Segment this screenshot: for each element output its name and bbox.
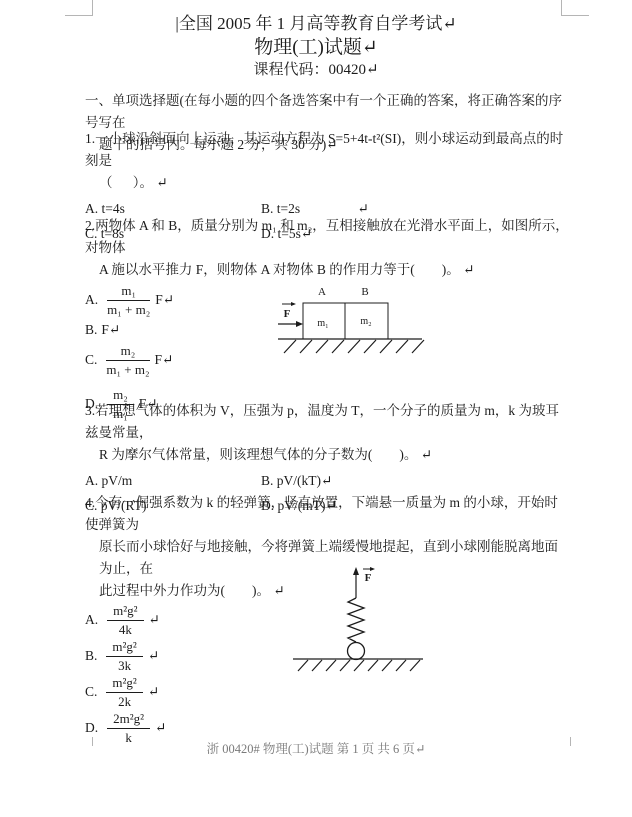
question-line: （ ）。 ↵ xyxy=(85,172,571,194)
option-label: D. xyxy=(85,717,98,739)
question-line: 3.若理想气体的体积为 V，压强为 p，温度为 T，一个分子的质量为 m，k 为… xyxy=(85,400,571,444)
page-footer: 浙 00420# 物理(工)试题 第 1 页 共 6 页↵ xyxy=(0,739,632,757)
vector-bar-arrowhead-icon xyxy=(370,567,375,571)
fraction: m²g² 4k xyxy=(107,603,143,638)
course-code: 课程代码：00420↵ xyxy=(0,60,632,81)
option-label: B. xyxy=(85,645,97,667)
option-b: B. pV/(kT)↵ xyxy=(261,468,571,493)
block-b-label: B xyxy=(361,286,368,298)
option-label: A. xyxy=(85,609,98,631)
option-label: A. xyxy=(85,289,98,311)
question-line: R 为摩尔气体常量，则该理想气体的分子数为( )。 ↵ xyxy=(85,444,571,466)
mass-1-label: m₁ xyxy=(317,318,328,329)
blocks-diagram: A B m₁ m₂ F xyxy=(276,282,426,372)
question-line: 1.一小球沿斜面向上运动，其运动方程为 S=5+4t-t²(SI)，则小球运动到… xyxy=(85,128,571,172)
question-line: A 施以水平推力 F，则物体 A 对物体 B 的作用力等于( )。 ↵ xyxy=(85,259,571,281)
document-header: |全国 2005 年 1 月高等教育自学考试↵ 物理(工)试题↵ 课程代码：00… xyxy=(0,12,632,81)
option-text: F↵ xyxy=(101,319,120,341)
option-label: B. xyxy=(85,319,97,341)
option-suffix: F↵ xyxy=(155,349,174,371)
mass-2-label: m₂ xyxy=(360,316,371,327)
option-suffix: ↵ xyxy=(148,681,159,703)
option-suffix: ↵ xyxy=(148,645,159,667)
option-a: A. pV/m xyxy=(85,468,261,493)
fraction-denominator: m₁ + m₂ xyxy=(106,361,149,378)
option-label: C. xyxy=(85,349,97,371)
fraction-numerator: m²g² xyxy=(106,639,142,657)
option-label: C. xyxy=(85,681,97,703)
vector-bar-arrowhead-icon xyxy=(291,302,296,306)
fraction: m₁ m₁ + m₂ xyxy=(107,283,150,318)
exam-paper-page: |全国 2005 年 1 月高等教育自学考试↵ 物理(工)试题↵ 课程代码：00… xyxy=(0,0,632,817)
block-a-label: A xyxy=(318,286,326,298)
fraction: m²g² 2k xyxy=(106,675,142,710)
ball xyxy=(348,643,365,660)
spring-coil xyxy=(348,598,364,642)
fraction-denominator: 4k xyxy=(107,621,143,638)
question-line: 4.今有一倔强系数为 k 的轻弹簧，竖直放置，下端悬一质量为 m 的小球，开始时… xyxy=(85,492,571,536)
exam-title: |全国 2005 年 1 月高等教育自学考试↵ xyxy=(0,12,632,35)
fraction-denominator: 2k xyxy=(106,693,142,710)
question-2-figure: A B m₁ m₂ F xyxy=(276,282,426,377)
fraction: m²g² 3k xyxy=(106,639,142,674)
spring-ball-diagram: F xyxy=(288,564,428,682)
option-suffix: ↵ xyxy=(149,609,160,631)
option-suffix: F↵ xyxy=(155,289,174,311)
fraction: m₂ m₁ + m₂ xyxy=(106,343,149,378)
question-4-figure: F xyxy=(288,564,428,687)
fraction-numerator: 2m²g² xyxy=(107,711,150,729)
fraction-numerator: m²g² xyxy=(107,603,143,621)
fraction-numerator: m₂ xyxy=(106,343,149,361)
ground-hatching xyxy=(298,660,420,671)
force-arrowhead-icon xyxy=(296,321,303,327)
subject-title: 物理(工)试题↵ xyxy=(0,35,632,60)
fraction-numerator: m²g² xyxy=(106,675,142,693)
fraction-denominator: m₁ + m₂ xyxy=(107,301,150,318)
ground-hatching xyxy=(284,340,424,353)
force-label: F xyxy=(284,308,291,320)
fraction-denominator: 3k xyxy=(106,657,142,674)
option-suffix: ↵ xyxy=(155,717,166,739)
question-line: 2.两物体 A 和 B，质量分别为 m₁ 和 m₂，互相接触放在光滑水平面上，如… xyxy=(85,215,571,259)
force-arrowhead-icon xyxy=(353,567,359,575)
fraction-numerator: m₁ xyxy=(107,283,150,301)
force-label: F xyxy=(365,572,372,584)
